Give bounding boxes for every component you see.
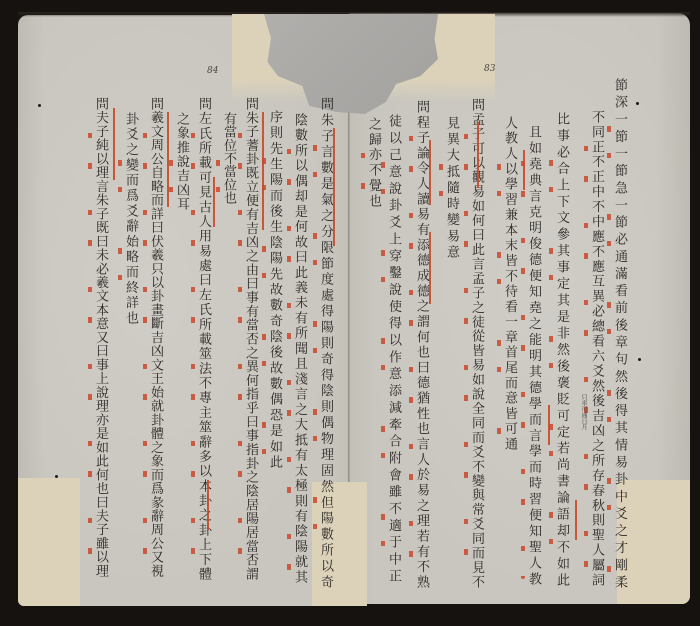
repair-patch-bottom-right [617, 480, 690, 604]
text-column: 陰數所以偶却是何故曰此義未有所聞且淺言之大抵有太極則有陰陽就其 [291, 113, 307, 583]
text-column: 卦爻之變而爲爻辭始略而終詳也 [122, 112, 138, 324]
vermilion-mark [262, 112, 264, 230]
vermilion-mark [167, 112, 169, 207]
text-column: 問朱子言數是氣之分限節度處得陽則奇得陰則偶物理固然但陽數所以奇 [317, 97, 333, 588]
text-column: 之象推說吉凶耳 [173, 112, 189, 210]
text-column: 之歸亦不覺也 [365, 117, 381, 207]
repair-patch-bottom-left [18, 478, 80, 606]
text-column: 問羲文周公自略而詳曰伏羲只以卦畫斷吉凶文王始就卦體之象而爲彖辭周公又視 [147, 97, 163, 577]
text-column: 見異大抵隨時變易意 [443, 116, 459, 258]
text-column: 有當位不當位也 [220, 112, 236, 204]
text-column: 不同正不正中不中應不應互異必總看六爻然後吉凶之所存春秋則聖人屬詞 [588, 110, 604, 586]
text-column: 比事必合上下文參其事定其是非然後褒貶可定若尚書論語却不如此 [553, 112, 569, 586]
vermilion-mark [113, 108, 115, 180]
text-column: 問孟子可以觀易如何曰此言孟子之徒從皆易如說全同而爻不變與常爻同而見不 [468, 98, 484, 588]
text-column: 徒以己意說卦爻上穿鑿說使得以作意添減牽合附會雖不適于中正 [385, 114, 401, 582]
text-column: 問朱子蓍卦既立便有吉凶之由曰事有當否之異何指乎曰事指卦之陰居陽居當否謂 [242, 97, 258, 580]
vermilion-mark [429, 232, 431, 304]
vermilion-mark [548, 405, 550, 445]
text-column: 問夫子純以理言朱子既曰未必羲文本意又曰事上說理亦是如此何也曰夫子雖以理 [92, 97, 108, 577]
vermilion-mark [523, 150, 525, 190]
vermilion-mark [333, 128, 335, 246]
paper-speck [638, 358, 641, 361]
text-column: 且如堯典言克明俊德便知堯之能明其德學而言學而時習便知聖人教 [525, 125, 541, 585]
text-column: 節深一節一節急一節必通滿看前後章句然後得其情易卦中爻之才剛柔 [611, 78, 627, 588]
vermilion-mark [213, 177, 215, 227]
vermilion-mark [429, 140, 431, 205]
text-column: 問程子論令人讀易有添德成德之謂何也曰德猶性也言人於易之理若有不熟 [413, 100, 429, 588]
paper-speck [55, 475, 58, 478]
text-column: 人教人以學習兼本末皆不待看一章首尾而意皆可通 [501, 116, 517, 450]
paper-speck [636, 102, 639, 105]
page-number-right: 83 [484, 64, 495, 74]
vermilion-mark [477, 122, 479, 188]
page-number-left: 84 [207, 66, 218, 76]
vermilion-mark [575, 500, 577, 540]
text-column: 序則先生陽而後生陰陽先故數奇陰後故數偶恐是如此 [266, 110, 282, 468]
paper-speck [38, 104, 41, 107]
interlinear-note: 只率可通日月 [580, 394, 587, 430]
vermilion-mark [207, 480, 209, 530]
